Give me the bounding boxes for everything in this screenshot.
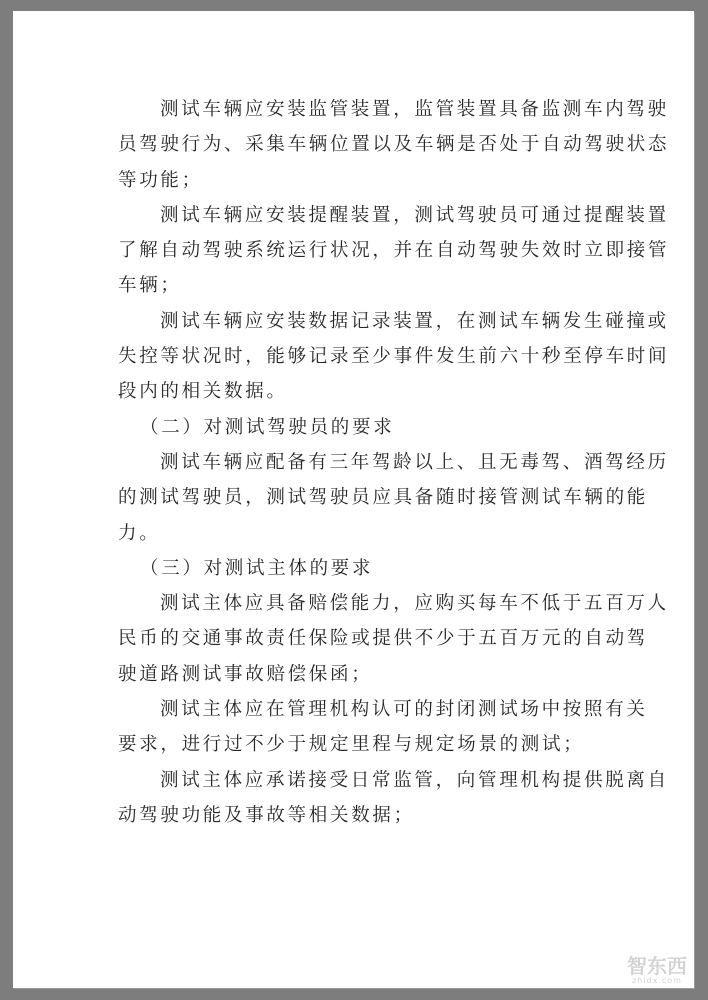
text-line: 民币的交通事故责任保险或提供不少于五百万元的自动驾 [118,621,598,656]
text-line: 了解自动驾驶系统运行状况，并在自动驾驶失效时立即接管 [118,233,598,268]
text-line: 动驾驶功能及事故等相关数据； [118,798,598,833]
text-line: 力。 [118,516,598,551]
document-body: 测试车辆应安装监管装置，监管装置具备监测车内驾驶 员驾驶行为、采集车辆位置以及车… [118,92,598,833]
text-line: 失控等状况时，能够记录至少事件发生前六十秒至停车时间 [118,339,598,374]
text-line: 测试车辆应安装监管装置，监管装置具备监测车内驾驶 [118,92,598,127]
text-line: 测试车辆应配备有三年驾龄以上、且无毒驾、酒驾经历 [118,445,598,480]
section-heading: （三）对测试主体的要求 [118,551,598,586]
text-line: 要求，进行过不少于规定里程与规定场景的测试； [118,727,598,762]
document-page: 测试车辆应安装监管装置，监管装置具备监测车内驾驶 员驾驶行为、采集车辆位置以及车… [13,11,694,988]
watermark-url: zhidx.com [627,976,687,986]
text-line: 测试主体应在管理机构认可的封闭测试场中按照有关 [118,692,598,727]
text-line: 等功能； [118,163,598,198]
text-line: 段内的相关数据。 [118,374,598,409]
text-line: 测试主体应具备赔偿能力，应购买每车不低于五百万人 [118,586,598,621]
text-line: 驶道路测试事故赔偿保函； [118,657,598,692]
watermark-logo: 智东西 [627,956,687,976]
text-line: 测试主体应承诺接受日常监管，向管理机构提供脱离自 [118,763,598,798]
watermark: 智东西 zhidx.com [627,956,687,986]
text-line: 员驾驶行为、采集车辆位置以及车辆是否处于自动驾驶状态 [118,127,598,162]
text-line: 的测试驾驶员，测试驾驶员应具备随时接管测试车辆的能 [118,480,598,515]
section-heading: （二）对测试驾驶员的要求 [118,410,598,445]
text-line: 测试车辆应安装提醒装置，测试驾驶员可通过提醒装置 [118,198,598,233]
text-line: 车辆； [118,268,598,303]
text-line: 测试车辆应安装数据记录装置，在测试车辆发生碰撞或 [118,304,598,339]
